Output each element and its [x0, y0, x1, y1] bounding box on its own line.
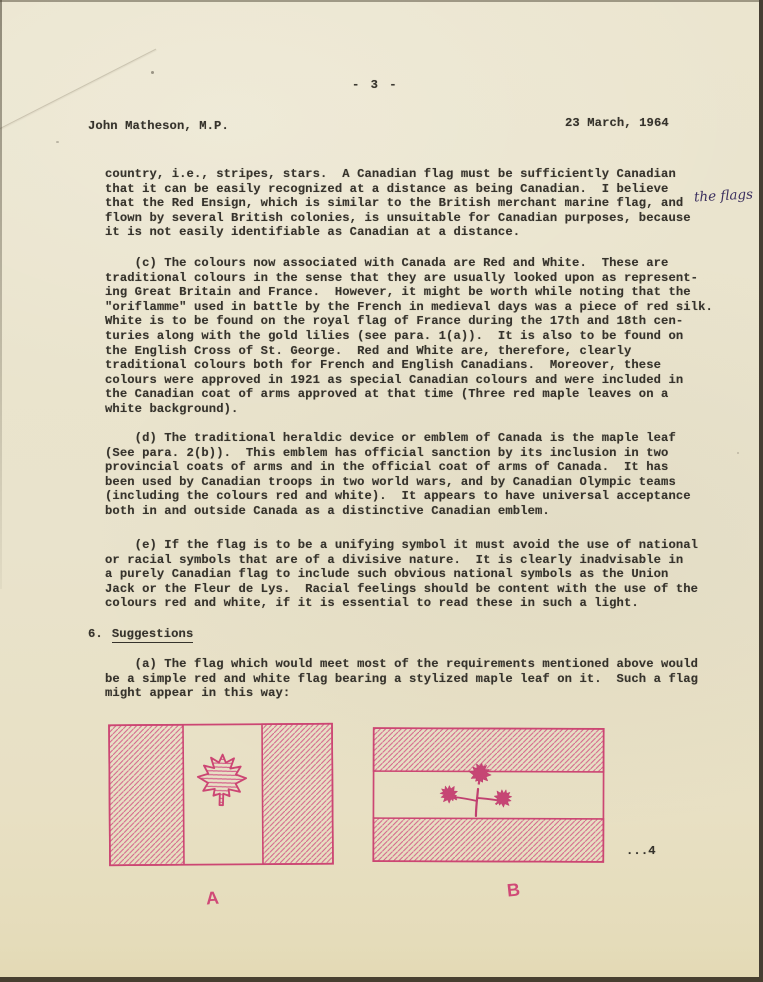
paragraph-a: (a) The flag which would meet most of th… [105, 657, 698, 701]
paragraph-e: (e) If the flag is to be a unifying symb… [105, 538, 698, 611]
paragraph-continuation: country, i.e., stripes, stars. A Canadia… [105, 167, 691, 240]
figure-label-b: B [506, 879, 521, 901]
paper-speck [737, 452, 739, 454]
handwritten-annotation: the flags [694, 186, 754, 205]
paper-speck [151, 71, 154, 74]
paragraph-d: (d) The traditional heraldic device or e… [105, 431, 691, 519]
section-heading: 6.Suggestions [88, 627, 193, 642]
flag-sketch-a [108, 722, 335, 868]
scan-edge-right [759, 0, 763, 982]
page-continuation-marker: ...4 [626, 844, 656, 859]
page-number: - 3 - [352, 78, 399, 93]
section-title: Suggestions [112, 627, 194, 643]
scan-edge-bottom [0, 977, 763, 982]
document-page: - 3 - John Matheson, M.P. 23 March, 1964… [0, 0, 763, 982]
maple-leaf-icon [197, 754, 247, 806]
paragraph-c: (c) The colours now associated with Cana… [105, 256, 713, 417]
flag-b-top-band [374, 728, 604, 772]
flag-b-bottom-band [373, 818, 603, 862]
flag-a-right-band [262, 724, 333, 864]
section-number: 6. [88, 627, 103, 641]
scan-edge-top [0, 0, 763, 2]
scan-edge-left [0, 0, 2, 589]
date-line: 23 March, 1964 [565, 116, 669, 131]
author-line: John Matheson, M.P. [88, 119, 229, 134]
flag-a-left-band [109, 725, 184, 866]
flag-sketch-b [372, 727, 606, 865]
paper-crease [0, 49, 156, 129]
figure-label-a: A [205, 888, 219, 910]
paper-speck [56, 141, 59, 143]
